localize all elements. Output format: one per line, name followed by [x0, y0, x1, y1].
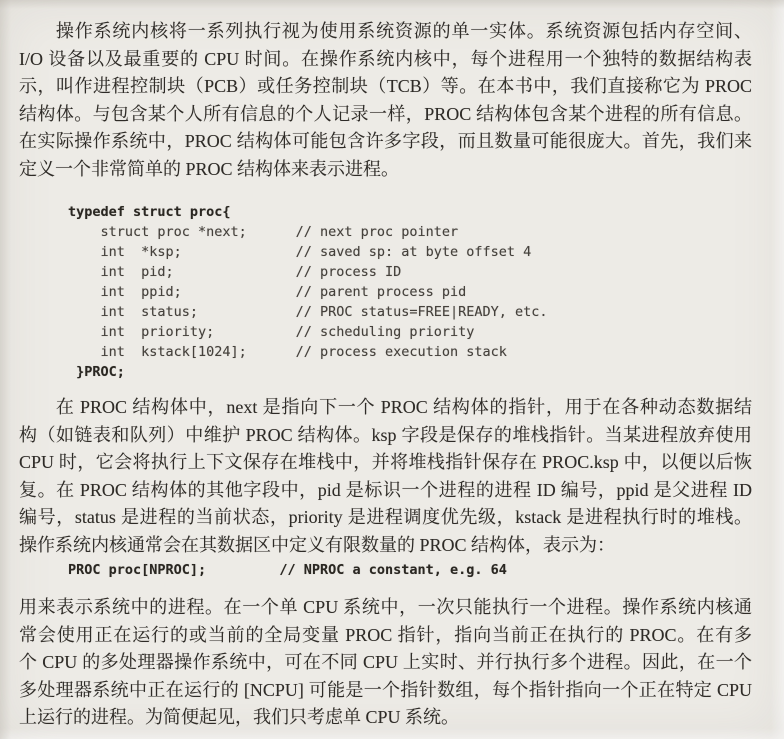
- text-line: 结构体。与包含某个人所有信息的个人记录一样，PROC 结构体包含某个进程的所有信…: [19, 101, 752, 129]
- text-line: 在实际操作系统中，PROC 结构体可能包含许多字段，而且数量可能很庞大。首先，我…: [19, 128, 752, 156]
- text-line: int kstack[1024]; // process execution s…: [68, 342, 548, 362]
- text-line: typedef struct proc{: [68, 202, 548, 222]
- text-line: int *ksp; // saved sp: at byte offset 4: [68, 242, 548, 262]
- text-line: int pid; // process ID: [68, 262, 548, 282]
- code-block-proc-struct: typedef struct proc{ struct proc *next; …: [68, 202, 548, 382]
- text-line: 在 PROC 结构体中，next 是指向下一个 PROC 结构体的指针，用于在各…: [19, 394, 752, 422]
- text-line: 多处理器系统中正在运行的 [NCPU] 可能是一个指针数组，每个指针指向一个正在…: [19, 677, 752, 705]
- text-line: I/O 设备以及最重要的 CPU 时间。在操作系统内核中，每个进程用一个独特的数…: [19, 46, 752, 74]
- text-line: CPU 时，它会将执行上下文保存在堆栈中，并将堆栈指针保存在 PROC.ksp …: [19, 449, 752, 477]
- text-line: 编号，status 是进程的当前状态，priority 是进程调度优先级，kst…: [19, 504, 752, 532]
- text-line: 个 CPU 的多处理器操作系统中，可在不同 CPU 上实时、并行执行多个进程。因…: [19, 649, 752, 677]
- text-line: int priority; // scheduling priority: [68, 322, 548, 342]
- text-line: 常会使用正在运行的或当前的全局变量 PROC 指针，指向当前正在执行的 PROC…: [19, 622, 752, 650]
- text-line: }PROC;: [68, 362, 548, 382]
- text-line: int ppid; // parent process pid: [68, 282, 548, 302]
- text-line: struct proc *next; // next proc pointer: [68, 222, 548, 242]
- paragraph-conclusion: 用来表示系统中的进程。在一个单 CPU 系统中，一次只能执行一个进程。操作系统内…: [19, 594, 752, 732]
- paragraph-explanation: 在 PROC 结构体中，next 是指向下一个 PROC 结构体的指针，用于在各…: [19, 394, 752, 559]
- text-line: 示，叫作进程控制块（PCB）或任务控制块（TCB）等。在本书中，我们直接称它为 …: [19, 73, 752, 101]
- text-line: PROC proc[NPROC]; // NPROC a constant, e…: [68, 560, 507, 580]
- text-line: 操作系统内核通常会在其数据区中定义有限数量的 PROC 结构体，表示为：: [19, 532, 752, 560]
- text-line: 上运行的进程。为简便起见，我们只考虑单 CPU 系统。: [19, 704, 752, 732]
- text-line: 用来表示系统中的进程。在一个单 CPU 系统中，一次只能执行一个进程。操作系统内…: [19, 594, 752, 622]
- code-line-proc-array: PROC proc[NPROC]; // NPROC a constant, e…: [68, 560, 507, 580]
- text-line: 构（如链表和队列）中维护 PROC 结构体。ksp 字段是保存的堆栈指针。当某进…: [19, 422, 752, 450]
- text-line: int status; // PROC status=FREE|READY, e…: [68, 302, 548, 322]
- text-line: 操作系统内核将一系列执行视为使用系统资源的单一实体。系统资源包括内存空间、: [19, 18, 752, 46]
- text-line: 定义一个非常简单的 PROC 结构体来表示进程。: [19, 156, 752, 184]
- paragraph-intro: 操作系统内核将一系列执行视为使用系统资源的单一实体。系统资源包括内存空间、I/O…: [19, 18, 752, 183]
- scanned-book-page: 操作系统内核将一系列执行视为使用系统资源的单一实体。系统资源包括内存空间、I/O…: [0, 0, 784, 739]
- text-line: 复。在 PROC 结构体的其他字段中，pid 是标识一个进程的进程 ID 编号，…: [19, 477, 752, 505]
